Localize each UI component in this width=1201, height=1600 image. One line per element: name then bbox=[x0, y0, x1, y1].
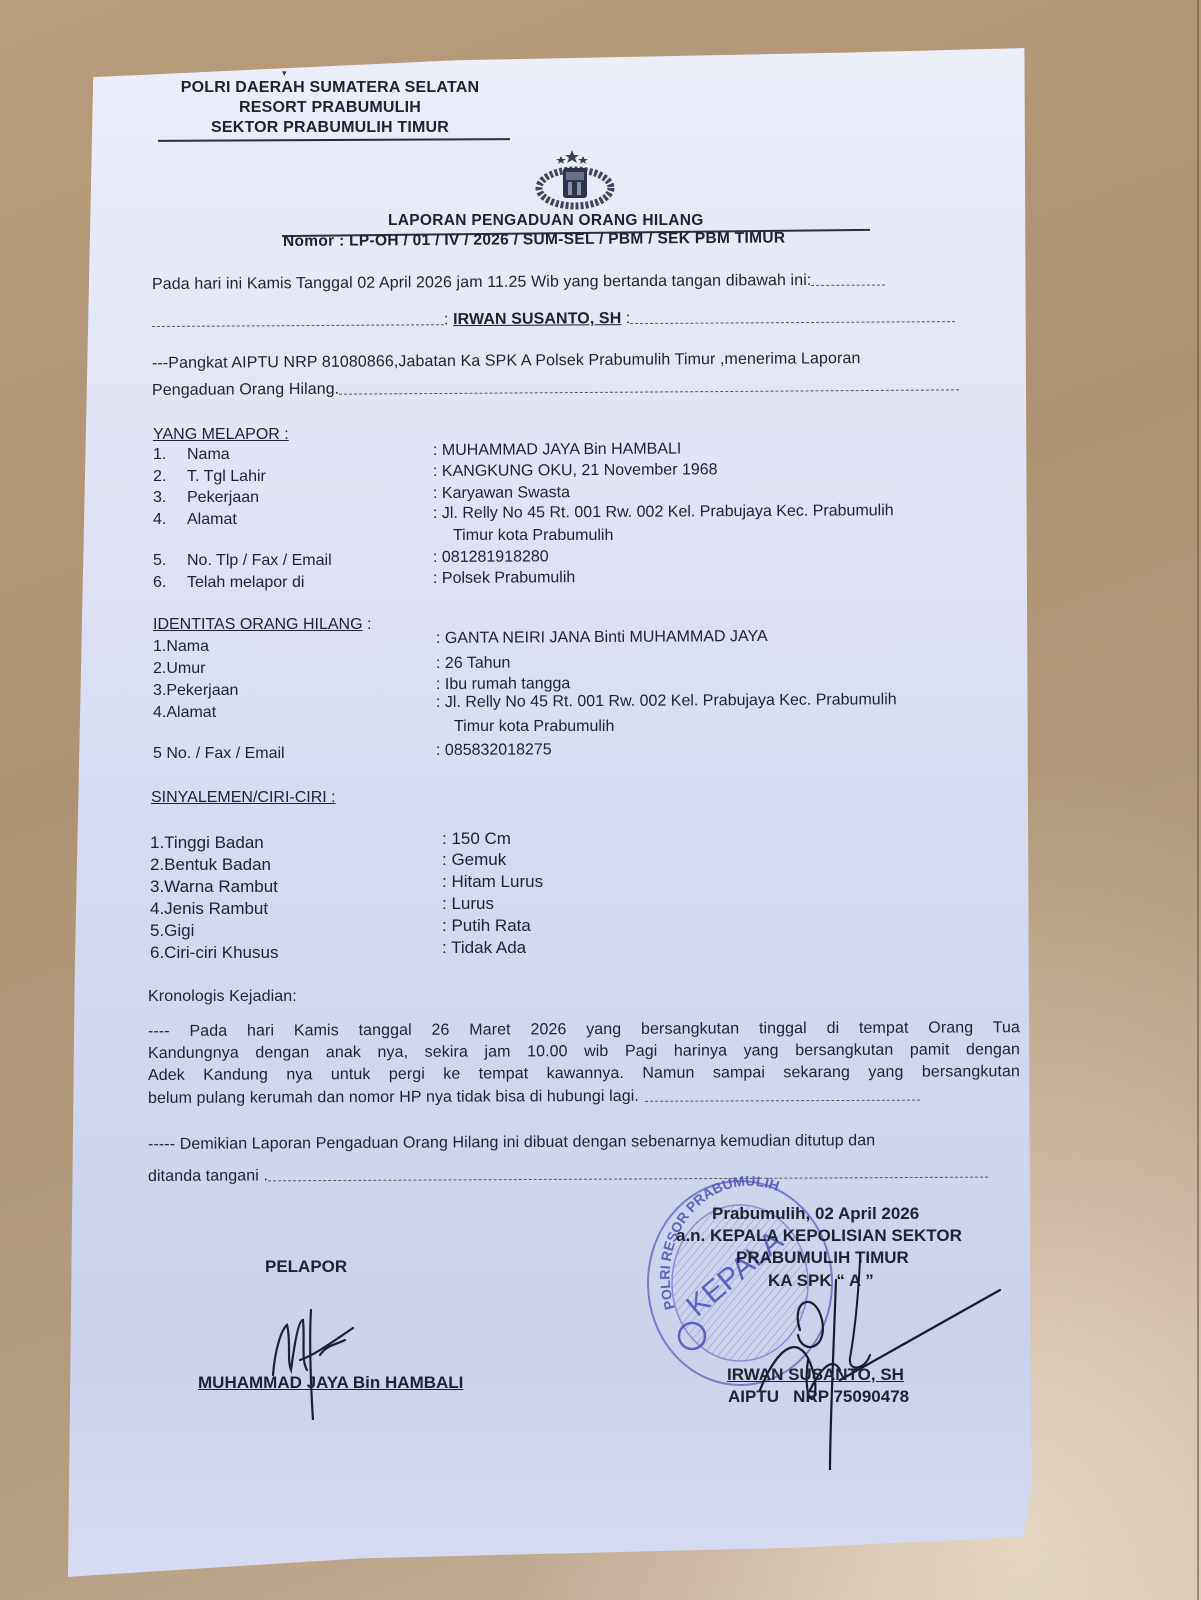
reporter-field-number: 5. bbox=[153, 552, 166, 570]
reporter-field-label: T. Tgl Lahir bbox=[187, 468, 266, 486]
chronology-line: Adek Kandung nya untuk pergi ke tempat k… bbox=[148, 1063, 1020, 1085]
reporter-field-number: 2. bbox=[153, 468, 166, 486]
chronology-line: belum pulang kerumah dan nomor HP nya ti… bbox=[148, 1086, 1020, 1108]
missing-person-field-label: 3.Pekerjaan bbox=[153, 682, 238, 700]
chronology-heading: Kronologis Kejadian: bbox=[148, 988, 297, 1006]
header-rule bbox=[158, 138, 510, 141]
characteristics-heading: SINYALEMEN/CIRI-CIRI : bbox=[151, 789, 336, 807]
characteristic-label: 6.Ciri-ciri Khusus bbox=[150, 943, 278, 963]
dash-fill bbox=[339, 380, 959, 394]
officer-signature-name: IRWAN SUSANTO, SH bbox=[727, 1364, 904, 1386]
characteristic-label: 1.Tinggi Badan bbox=[150, 833, 264, 853]
characteristic-label: 2.Bentuk Badan bbox=[150, 855, 271, 875]
characteristic-label: 3.Warna Rambut bbox=[150, 877, 278, 897]
header-line-2: RESORT PRABUMULIH bbox=[160, 98, 500, 118]
dash-fill bbox=[152, 315, 444, 327]
characteristic-value: : Lurus bbox=[442, 894, 494, 914]
characteristic-value: : Tidak Ada bbox=[442, 938, 526, 958]
opening-text: Pada hari ini Kamis Tanggal 02 April 202… bbox=[152, 272, 811, 293]
header-line-3: SEKTOR PRABUMULIH TIMUR bbox=[160, 118, 500, 138]
reporter-field-value: : Karyawan Swasta bbox=[433, 484, 570, 503]
chronology-line: Kandungnya dengan anak nya, sekira jam 1… bbox=[148, 1041, 1020, 1063]
missing-person-field-value: : Ibu rumah tangga bbox=[436, 675, 570, 694]
reporter-role: PELAPOR bbox=[265, 1256, 347, 1278]
reporter-field-number: 3. bbox=[153, 489, 166, 507]
reporter-field-value: : Polsek Prabumulih bbox=[433, 569, 575, 588]
characteristic-value: : Hitam Lurus bbox=[442, 872, 543, 892]
reporter-field-number: 1. bbox=[153, 446, 166, 464]
reporter-field-number: 6. bbox=[153, 574, 166, 592]
characteristic-label: 4.Jenis Rambut bbox=[150, 899, 268, 919]
missing-person-field-label: 5 No. / Fax / Email bbox=[153, 745, 285, 763]
reporter-heading: YANG MELAPOR : bbox=[153, 426, 289, 444]
dash-fill bbox=[811, 275, 885, 285]
reporter-field-label: Pekerjaan bbox=[187, 489, 259, 507]
signing-place-date: Prabumulih, 02 April 2026 bbox=[712, 1203, 919, 1225]
missing-person-report: ▾ POLRI DAERAH SUMATERA SELATAN RESORT P… bbox=[0, 0, 1201, 1600]
missing-person-field-value: : 26 Tahun bbox=[436, 655, 511, 673]
missing-person-field-label: 1.Nama bbox=[153, 638, 209, 656]
report-title: LAPORAN PENGADUAN ORANG HILANG bbox=[388, 212, 704, 230]
dash-fill bbox=[630, 312, 955, 324]
officer-signature bbox=[690, 1240, 1010, 1470]
characteristic-label: 5.Gigi bbox=[150, 921, 194, 941]
chronology-line: ---- Pada hari Kamis tanggal 26 Maret 20… bbox=[148, 1019, 1020, 1041]
missing-person-field-value: : Jl. Relly No 45 Rt. 001 Rw. 002 Kel. P… bbox=[436, 691, 897, 712]
opening-line: Pada hari ini Kamis Tanggal 02 April 202… bbox=[152, 272, 886, 294]
reporter-signature bbox=[265, 1300, 365, 1420]
reporter-signature-name: MUHAMMAD JAYA Bin HAMBALI bbox=[198, 1372, 463, 1394]
missing-person-field-value: : GANTA NEIRI JANA Binti MUHAMMAD JAYA bbox=[436, 628, 768, 648]
reporter-field-value: : Jl. Relly No 45 Rt. 001 Rw. 002 Kel. P… bbox=[433, 502, 894, 523]
officer-rank-line: ---Pangkat AIPTU NRP 81080866,Jabatan Ka… bbox=[152, 350, 861, 373]
missing-person-field-value-cont: Timur kota Prabumulih bbox=[454, 718, 614, 736]
missing-person-heading: IDENTITAS ORANG HILANG bbox=[153, 616, 363, 633]
officer-name: IRWAN SUSANTO, SH bbox=[453, 310, 621, 328]
reporter-field-value: : MUHAMMAD JAYA Bin HAMBALI bbox=[433, 440, 681, 460]
missing-person-field-value: : 085832018275 bbox=[436, 741, 552, 760]
missing-person-field-label: 4.Alamat bbox=[153, 704, 216, 722]
characteristic-value: : Putih Rata bbox=[442, 916, 531, 936]
reporter-field-value: : KANGKUNG OKU, 21 November 1968 bbox=[433, 461, 718, 481]
dash-fill bbox=[268, 1167, 988, 1181]
closing-line-2: ditanda tangani . bbox=[148, 1164, 988, 1186]
officer-rank-line-2: Pengaduan Orang Hilang. bbox=[152, 376, 959, 400]
officer-rank-nrp: AIPTU NRP 75090478 bbox=[728, 1386, 909, 1408]
reporter-field-label: No. Tlp / Fax / Email bbox=[187, 552, 332, 570]
police-emblem-icon bbox=[532, 148, 618, 210]
report-number: Nomor : LP-OH / 01 / IV / 2026 / SUM-SEL… bbox=[283, 229, 785, 251]
reporter-field-label: Alamat bbox=[187, 511, 237, 529]
reporter-field-value: : 081281918280 bbox=[433, 548, 549, 567]
reporter-field-value-cont: Timur kota Prabumulih bbox=[453, 527, 613, 545]
closing-line-1: ----- Demikian Laporan Pengaduan Orang H… bbox=[148, 1132, 875, 1154]
dash-fill bbox=[645, 1090, 920, 1101]
reporter-field-label: Nama bbox=[187, 446, 230, 464]
missing-person-field-label: 2.Umur bbox=[153, 660, 205, 678]
reporter-field-number: 4. bbox=[153, 511, 166, 529]
officer-line: : IRWAN SUSANTO, SH : bbox=[152, 308, 956, 331]
characteristic-value: : 150 Cm bbox=[442, 829, 511, 849]
reporter-field-label: Telah melapor di bbox=[187, 574, 304, 592]
characteristic-value: : Gemuk bbox=[442, 850, 506, 870]
header-line-1: POLRI DAERAH SUMATERA SELATAN bbox=[160, 78, 500, 98]
missing-person-heading-wrap: IDENTITAS ORANG HILANG : bbox=[153, 616, 371, 634]
